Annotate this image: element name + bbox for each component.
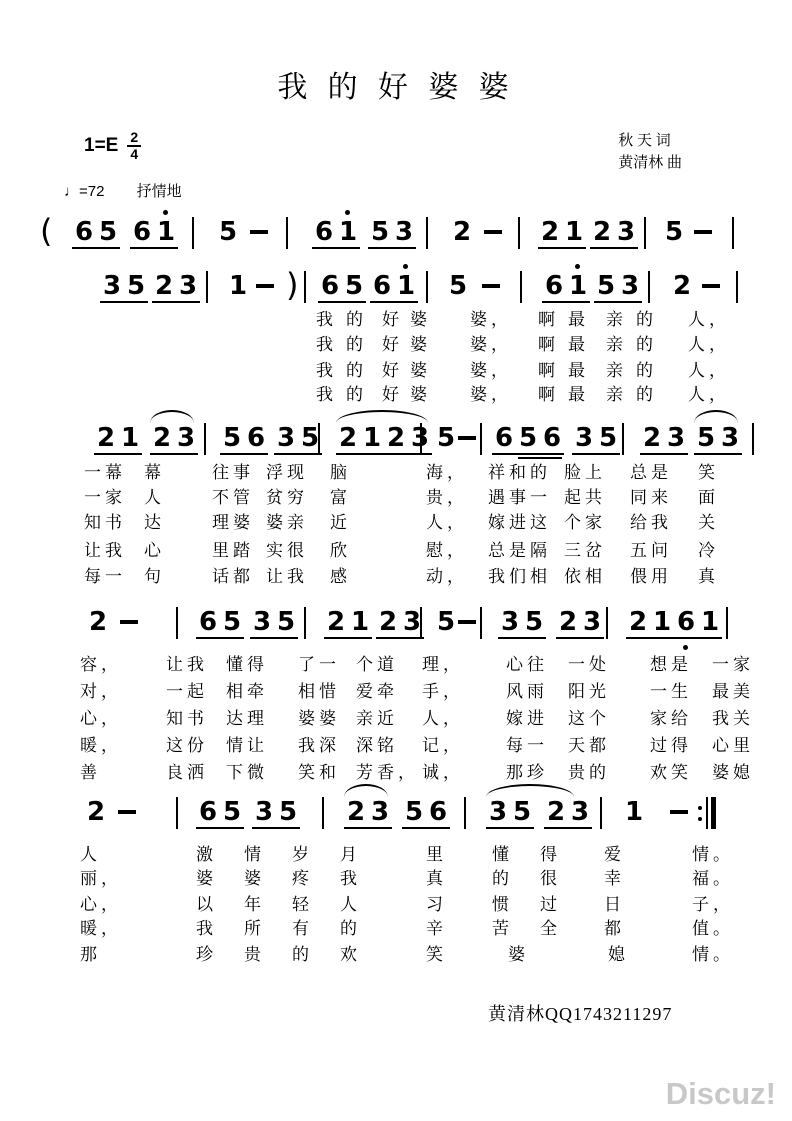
- lyric-syllable: 笑: [426, 940, 447, 965]
- lyric-syllable: 珍: [196, 940, 217, 965]
- note-digit: 3: [664, 424, 688, 452]
- lyric-row: 暖，我所有的辛苦全都值。: [0, 914, 792, 938]
- lyric-syllable: 一家: [84, 483, 126, 508]
- lyric-syllable: 婆: [410, 356, 431, 381]
- barline: [204, 423, 206, 455]
- lyric-syllable: 我们相: [488, 562, 551, 587]
- music-system: (656156153221235: [0, 204, 792, 264]
- note-group: 65: [72, 218, 120, 249]
- lyric-syllable: 婆，: [470, 356, 512, 381]
- note-digit: 2: [670, 272, 694, 300]
- lyric-syllable: 真: [426, 864, 447, 889]
- lyric-syllable: 婆媳: [712, 758, 754, 783]
- lyric-syllable: 媳: [608, 940, 629, 965]
- note-group: 65: [318, 272, 366, 303]
- repeat-sign: [698, 797, 716, 829]
- lyric-syllable: 苦: [492, 914, 513, 939]
- lyric-syllable: 丽，: [80, 864, 122, 889]
- barline: [318, 423, 320, 455]
- lyric-syllable: 手，: [422, 677, 464, 702]
- lyric-syllable: 人: [144, 483, 165, 508]
- lyric-syllable: 日: [604, 890, 625, 915]
- note-digit: 6: [72, 218, 96, 246]
- duration-dash: [118, 810, 136, 814]
- lyric-syllable: 近: [330, 508, 351, 533]
- lyric-syllable: 笑: [698, 458, 719, 483]
- lyric-syllable: 很: [540, 864, 561, 889]
- note-group: 56: [220, 424, 268, 455]
- barline: [480, 423, 482, 455]
- slur-arc: [694, 410, 738, 423]
- lyric-syllable: 我深: [298, 731, 340, 756]
- lyric-syllable: 让我: [84, 536, 126, 561]
- lyric-syllable: 贫穷: [266, 483, 308, 508]
- lyric-syllable: 习: [426, 890, 447, 915]
- note-digit: 1: [348, 608, 372, 636]
- lyric-syllable: 笑和: [298, 758, 340, 783]
- lyric-syllable: 福。: [692, 864, 734, 889]
- note-digit: 1: [394, 272, 418, 300]
- note-group: 23: [384, 424, 432, 455]
- discuz-watermark: Discuz!: [666, 1076, 776, 1112]
- lyric-syllable: 偎用: [630, 562, 672, 587]
- note-group: 61: [312, 218, 360, 249]
- note-digit: 5: [516, 424, 540, 452]
- lyric-syllable: 的: [346, 356, 367, 381]
- lyric-row: 那珍贵的欢笑婆媳情。: [0, 940, 792, 964]
- note-group: 56: [402, 798, 450, 829]
- lyric-syllable: 啊: [538, 330, 559, 355]
- lyric-syllable: 阳光: [568, 677, 610, 702]
- lyric-syllable: 总是: [630, 458, 672, 483]
- lyric-syllable: 理婆: [212, 508, 254, 533]
- lyric-syllable: 啊: [538, 305, 559, 330]
- note-digit: 5: [220, 798, 244, 826]
- barline: [304, 607, 306, 639]
- note-digit: 2: [590, 218, 614, 246]
- note: 2: [84, 798, 108, 826]
- lyric-syllable: 不管: [212, 483, 254, 508]
- duration-dash: [458, 620, 476, 624]
- lyric-syllable: 暖，: [80, 914, 122, 939]
- lyric-syllable: 容，: [80, 650, 122, 675]
- lyric-syllable: 欢笑: [650, 758, 692, 783]
- lyric-syllable: 都: [604, 914, 625, 939]
- note-digit: 5: [522, 608, 546, 636]
- lyric-syllable: 的: [340, 914, 361, 939]
- octave-dot-above: [575, 264, 580, 269]
- lyric-syllable: 句: [144, 562, 165, 587]
- lyric-syllable: 给我: [630, 508, 672, 533]
- note-group: 21: [94, 424, 142, 455]
- lyric-syllable: 的: [346, 305, 367, 330]
- note-digit: 6: [540, 424, 564, 452]
- lyric-syllable: 相牵: [226, 677, 268, 702]
- note-digit: 1: [562, 218, 586, 246]
- lyric-syllable: 那: [80, 940, 101, 965]
- lyric-syllable: 嫁进这: [488, 508, 551, 533]
- lyric-syllable: 心: [144, 536, 165, 561]
- note-group: 23: [590, 218, 638, 249]
- note-digit: 3: [252, 798, 276, 826]
- lyric-syllable: 深铭: [356, 731, 398, 756]
- lyric-syllable: 冷: [698, 536, 719, 561]
- lyric-row: 我的好婆婆，啊最亲的人，: [0, 356, 792, 380]
- note-digit: 2: [152, 272, 176, 300]
- lyric-syllable: 好: [382, 330, 403, 355]
- lyric-syllable: 得: [540, 840, 561, 865]
- lyric-row: 每一句话都让我感动，我们相依相偎用真: [0, 562, 792, 586]
- lyric-syllable: 关: [698, 508, 719, 533]
- duration-dash: [670, 810, 688, 814]
- key-label: 1=E: [84, 135, 118, 156]
- lyric-syllable: 爱: [604, 840, 625, 865]
- lyric-syllable: 欣: [330, 536, 351, 561]
- lyric-syllable: 达理: [226, 704, 268, 729]
- note-digit: 6: [130, 218, 154, 246]
- note-digit: 6: [196, 798, 220, 826]
- note-digit: 5: [220, 608, 244, 636]
- lyric-row: 心，知书达理婆婆亲近人，嫁进这个家给我关: [0, 704, 792, 728]
- barline: [322, 797, 324, 829]
- note-digit: 5: [594, 272, 618, 300]
- lyric-syllable: 亲: [606, 356, 627, 381]
- barline: [736, 271, 738, 303]
- note-digit: 6: [492, 424, 516, 452]
- note-group: 53: [694, 424, 742, 455]
- repeat-thin-bar: [706, 797, 708, 829]
- lyric-syllable: 面: [698, 483, 719, 508]
- lyric-syllable: 疼: [292, 864, 313, 889]
- note-group: 23: [556, 608, 604, 639]
- lyric-syllable: 婆亲: [266, 508, 308, 533]
- lyric-syllable: 好: [382, 356, 403, 381]
- lyric-syllable: 祥和的: [488, 458, 551, 483]
- barline: [726, 607, 728, 639]
- lyric-syllable: 一生: [650, 677, 692, 702]
- lyric-row: 善良洒下微笑和芳香，诚，那珍贵的欢笑婆媳: [0, 758, 792, 782]
- lyric-syllable: 啊: [538, 356, 559, 381]
- lyric-syllable: 我: [316, 380, 337, 405]
- lyric-syllable: 诚，: [422, 758, 464, 783]
- lyric-row: 让我心里踏实很欣慰，总是隔三岔五问冷: [0, 536, 792, 560]
- lyric-syllable: 亲近: [356, 704, 398, 729]
- note-digit: 3: [498, 608, 522, 636]
- note-digit: 1: [154, 218, 178, 246]
- octave-dot-above: [163, 210, 168, 215]
- lyric-row: 一家人不管贫穷富贵，遇事一起共同来面: [0, 483, 792, 507]
- barline: [752, 423, 754, 455]
- lyric-syllable: 人: [80, 840, 101, 865]
- note-group: 23: [376, 608, 424, 639]
- note-digit: 1: [360, 424, 384, 452]
- lyric-syllable: 的: [636, 330, 657, 355]
- lyric-syllable: 幕: [144, 458, 165, 483]
- note-group: 21: [336, 424, 384, 455]
- note-digit: 6: [674, 608, 698, 636]
- lyric-row: 知书达理婆婆亲近人，嫁进这个家给我关: [0, 508, 792, 532]
- lyric-syllable: 人，: [688, 305, 730, 330]
- lyric-syllable: 岁: [292, 840, 313, 865]
- key-signature: 1=E24: [84, 130, 141, 162]
- lyric-syllable: 的: [292, 940, 313, 965]
- lyric-syllable: 懂: [492, 840, 513, 865]
- lyric-syllable: 最美: [712, 677, 754, 702]
- barline: [648, 271, 650, 303]
- lyric-syllable: 人，: [688, 380, 730, 405]
- note-group: 35: [252, 798, 300, 829]
- note-digit: 2: [84, 798, 108, 826]
- lyric-syllable: 辛: [426, 914, 447, 939]
- lyric-syllable: 幸: [604, 864, 625, 889]
- note-digit: 5: [368, 218, 392, 246]
- barline: [600, 797, 602, 829]
- lyric-row: 对，一起相牵相惜爱牵手，风雨阳光一生最美: [0, 677, 792, 701]
- lyric-syllable: 年: [244, 890, 265, 915]
- barline: [426, 217, 428, 249]
- note-digit: 2: [150, 424, 174, 452]
- lyric-syllable: 激: [196, 840, 217, 865]
- lyric-syllable: 脸上: [564, 458, 606, 483]
- lyric-syllable: 心往: [506, 650, 548, 675]
- note: 5: [434, 608, 458, 636]
- lyric-syllable: 海，: [426, 458, 468, 483]
- lyric-syllable: 婆: [508, 940, 529, 965]
- repeat-dot: [698, 817, 702, 821]
- lyricist-credit: 秋 天 词: [618, 130, 682, 152]
- contact-info: 黄清林QQ1743211297: [488, 1000, 672, 1026]
- lyric-row: 暖，这份情让我深深铭记，每一天都过得心里: [0, 731, 792, 755]
- lyric-syllable: 子，: [692, 890, 734, 915]
- lyric-syllable: 所: [244, 914, 265, 939]
- lyric-syllable: 同来: [630, 483, 672, 508]
- repeat-dots: [698, 797, 702, 829]
- lyric-syllable: 浮现: [266, 458, 308, 483]
- note: 2: [86, 608, 110, 636]
- note-digit: 1: [622, 798, 646, 826]
- duration-dash: [458, 436, 476, 440]
- lyric-row: 一幕幕往事浮现脑海，祥和的脸上总是笑: [0, 458, 792, 482]
- lyric-syllable: 个道: [356, 650, 398, 675]
- composer-credit: 黄清林 曲: [618, 152, 682, 174]
- lyric-syllable: 情: [244, 840, 265, 865]
- lyric-syllable: 知书: [166, 704, 208, 729]
- barline: [732, 217, 734, 249]
- lyric-syllable: 最: [568, 330, 589, 355]
- lyric-syllable: 的: [636, 356, 657, 381]
- note-digit: 1: [336, 218, 360, 246]
- lyric-syllable: 一幕: [84, 458, 126, 483]
- tempo-value: ♩=72: [64, 183, 104, 200]
- lyric-syllable: 人: [340, 890, 361, 915]
- lyric-syllable: 的: [346, 380, 367, 405]
- duration-dash: [702, 284, 720, 288]
- lyric-syllable: 我关: [712, 704, 754, 729]
- note-group: 35: [274, 424, 322, 455]
- lyric-syllable: 亲: [606, 330, 627, 355]
- lyric-syllable: 那珍: [506, 758, 548, 783]
- lyric-syllable: 每一: [84, 562, 126, 587]
- lyric-syllable: 良洒: [166, 758, 208, 783]
- credits: 秋 天 词 黄清林 曲: [618, 130, 682, 174]
- barline: [606, 607, 608, 639]
- note-group: 35: [572, 424, 620, 455]
- barline: [518, 217, 520, 249]
- slur-arc: [486, 784, 574, 797]
- tempo-marking: ♩=72 抒情地: [64, 180, 182, 201]
- lyric-syllable: 好: [382, 305, 403, 330]
- lyric-syllable: 人，: [688, 356, 730, 381]
- note-group: 21: [626, 608, 674, 639]
- barline: [420, 607, 422, 639]
- note-digit: 3: [368, 798, 392, 826]
- repeat-thick-bar: [711, 797, 716, 829]
- lyric-syllable: 嫁进: [506, 704, 548, 729]
- lyric-syllable: 这份: [166, 731, 208, 756]
- note-group: 61: [674, 608, 722, 639]
- barline: [420, 423, 422, 455]
- note-group: 23: [344, 798, 392, 829]
- lyric-syllable: 婆: [196, 864, 217, 889]
- lyric-syllable: 让我: [166, 650, 208, 675]
- lyric-syllable: 总是隔: [488, 536, 551, 561]
- lyric-syllable: 一起: [166, 677, 208, 702]
- note-digit: 2: [626, 608, 650, 636]
- note-group: 23: [544, 798, 592, 829]
- note-digit: 3: [572, 424, 596, 452]
- barline: [644, 217, 646, 249]
- lyric-row: 心，以年轻人习惯过日子，: [0, 890, 792, 914]
- barline: [286, 217, 288, 249]
- lyric-syllable: 往事: [212, 458, 254, 483]
- note-group: 53: [594, 272, 642, 303]
- lyric-syllable: 五问: [630, 536, 672, 561]
- octave-dot-above: [345, 210, 350, 215]
- lyric-syllable: 遇事一: [488, 483, 551, 508]
- note-digit: 5: [96, 218, 120, 246]
- note-digit: 5: [510, 798, 534, 826]
- note-digit: 5: [596, 424, 620, 452]
- note-group: 23: [640, 424, 688, 455]
- note-digit: 6: [244, 424, 268, 452]
- lyric-syllable: 达: [144, 508, 165, 533]
- note-digit: 2: [94, 424, 118, 452]
- lyric-syllable: 的: [636, 380, 657, 405]
- lyric-row: 丽，婆婆疼我真的很幸福。: [0, 864, 792, 888]
- lyric-syllable: 最: [568, 305, 589, 330]
- note-digit: 3: [100, 272, 124, 300]
- lyric-syllable: 过得: [650, 731, 692, 756]
- note-digit: 6: [370, 272, 394, 300]
- lyric-syllable: 情让: [226, 731, 268, 756]
- lyric-syllable: 相惜: [298, 677, 340, 702]
- note: 1: [226, 272, 250, 300]
- lyric-syllable: 全: [540, 914, 561, 939]
- lyric-syllable: 我: [316, 305, 337, 330]
- duration-dash: [482, 284, 500, 288]
- lyric-syllable: 里: [426, 840, 447, 865]
- lyric-syllable: 里踏: [212, 536, 254, 561]
- note-digit: 5: [402, 798, 426, 826]
- note: 1: [622, 798, 646, 826]
- lyric-syllable: 最: [568, 380, 589, 405]
- note-group: 61: [370, 272, 418, 303]
- sheet-music-page: 我 的 好 婆 婆 1=E24 秋 天 词 黄清林 曲 ♩=72 抒情地 (65…: [0, 0, 792, 1121]
- lyric-syllable: 对，: [80, 677, 122, 702]
- lyric-syllable: 想是: [650, 650, 692, 675]
- note-group: 65: [196, 798, 244, 829]
- duration-dash: [120, 620, 138, 624]
- lyric-syllable: 婆: [410, 305, 431, 330]
- note-digit: 1: [226, 272, 250, 300]
- lyric-syllable: 动，: [426, 562, 468, 587]
- barline: [464, 797, 466, 829]
- note-group: 656: [492, 424, 564, 455]
- note-digit: 2: [336, 424, 360, 452]
- lyric-syllable: 爱牵: [356, 677, 398, 702]
- note-group: 61: [130, 218, 178, 249]
- lyric-row: 容，让我懂得了一个道理，心往一处想是一家: [0, 650, 792, 674]
- lyric-syllable: 心，: [80, 704, 122, 729]
- barline: [192, 217, 194, 249]
- note: 5: [216, 218, 240, 246]
- lyric-syllable: 婆，: [470, 305, 512, 330]
- lyric-syllable: 一家: [712, 650, 754, 675]
- lyric-syllable: 理，: [422, 650, 464, 675]
- note-digit: 3: [250, 608, 274, 636]
- note-digit: 3: [568, 798, 592, 826]
- note-digit: 2: [538, 218, 562, 246]
- lyric-syllable: 人，: [422, 704, 464, 729]
- barline: [622, 423, 624, 455]
- note-digit: 5: [220, 424, 244, 452]
- lyric-syllable: 月: [340, 840, 361, 865]
- lyric-syllable: 的: [346, 330, 367, 355]
- note-group: 35: [100, 272, 148, 303]
- lyric-syllable: 暖，: [80, 731, 122, 756]
- note-digit: 6: [312, 218, 336, 246]
- slur-arc: [150, 410, 194, 423]
- note-digit: 5: [434, 608, 458, 636]
- note-digit: 5: [342, 272, 366, 300]
- lyric-syllable: 心里: [712, 731, 754, 756]
- lyric-syllable: 这个: [568, 704, 610, 729]
- lyric-syllable: 的: [636, 305, 657, 330]
- lyric-syllable: 婆: [410, 330, 431, 355]
- lyric-syllable: 我: [316, 330, 337, 355]
- parenthesis: ): [286, 266, 298, 304]
- octave-dot-above: [403, 264, 408, 269]
- note-digit: 5: [124, 272, 148, 300]
- barline: [176, 607, 178, 639]
- note: 2: [670, 272, 694, 300]
- note-group: 23: [150, 424, 198, 455]
- lyric-syllable: 依相: [564, 562, 606, 587]
- note-group: 35: [498, 608, 546, 639]
- lyric-syllable: 三岔: [564, 536, 606, 561]
- note-digit: 2: [640, 424, 664, 452]
- lyric-syllable: 有: [292, 914, 313, 939]
- lyric-syllable: 以: [196, 890, 217, 915]
- lyric-row: 我的好婆婆，啊最亲的人，: [0, 380, 792, 404]
- note-digit: 1: [698, 608, 722, 636]
- duration-dash: [256, 284, 274, 288]
- lyric-syllable: 话都: [212, 562, 254, 587]
- lyric-syllable: 个家: [564, 508, 606, 533]
- music-system: 26535235635231: [0, 784, 792, 844]
- note-digit: 2: [450, 218, 474, 246]
- music-system: 265352123535232161: [0, 594, 792, 654]
